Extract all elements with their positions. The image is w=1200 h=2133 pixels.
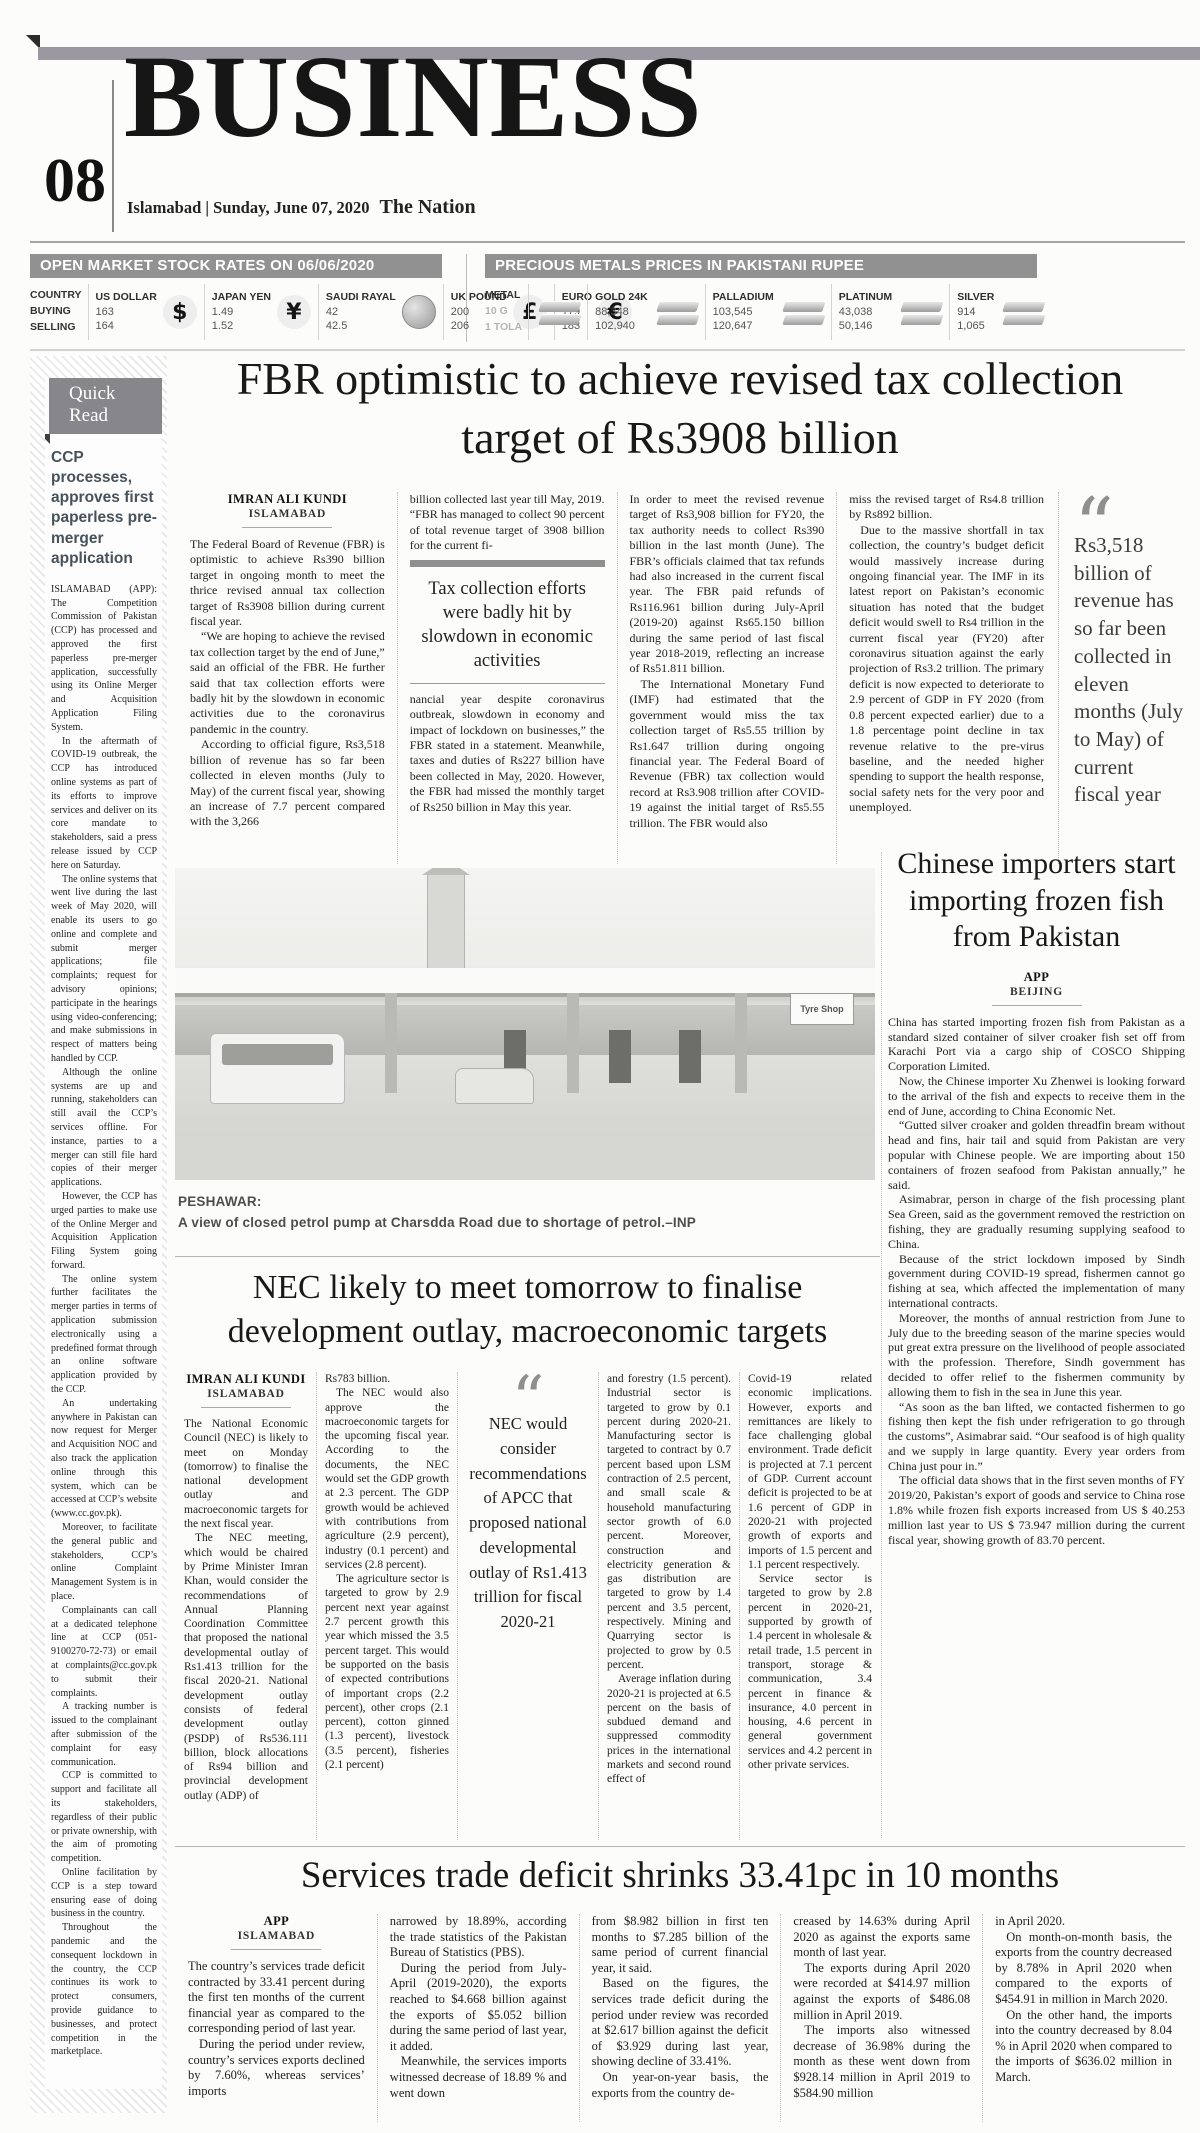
paragraph: The National Economic Council (NEC) is l… [184, 1417, 308, 1531]
pull-quote-text: Tax collection efforts were badly hit by… [410, 577, 605, 673]
pull-quote-bar [410, 560, 605, 567]
chinese-article-body: China has started importing frozen fish … [888, 1015, 1185, 1548]
nec-column-4: and forestry (1.5 percent). Industrial s… [598, 1372, 739, 1840]
fbr-column-4: miss the revised target of Rs4.8 trillio… [836, 492, 1056, 864]
services-headline: Services trade deficit shrinks 33.41pc i… [175, 1854, 1185, 1898]
metal-platinum: PLATINUM 43,038 50,146 [831, 284, 949, 340]
currency-us-dollar: US DOLLAR 163 164 $ [88, 284, 204, 340]
paragraph: Because of the strict lockdown imposed b… [888, 1252, 1185, 1311]
inline-pull-quote: Tax collection efforts were badly hit by… [410, 560, 605, 684]
paragraph: The NEC meeting, which would be chaired … [184, 1531, 308, 1803]
currency-saudi-rayal: SAUDI RAYAL 42 42.5 [318, 284, 443, 340]
paragraph: Moreover, the months of annual restricti… [888, 1311, 1185, 1400]
car [455, 1068, 534, 1104]
paragraph: The NEC would also approve the macroecon… [325, 1386, 449, 1572]
quick-read-headline: CCP processes, approves first paperless … [51, 448, 157, 569]
section-rule [175, 1256, 880, 1257]
paragraph: nancial year despite coronavirus outbrea… [410, 692, 605, 815]
metal-palladium: PALLADIUM 103,545 120,647 [705, 284, 831, 340]
nec-column-2: Rs783 billion.The NEC would also approve… [316, 1372, 457, 1840]
label-selling: SELLING [30, 320, 82, 336]
services-column-4: creased by 14.63% during April 2020 as a… [780, 1914, 982, 2122]
tyre-shop-sign: Tyre Shop [790, 993, 854, 1025]
gold-bars-icon [654, 299, 698, 325]
paragraph: billion collected last year till May, 20… [410, 492, 605, 554]
label-10g: 10 G [485, 304, 522, 320]
byline-author: APP [888, 970, 1185, 985]
silver-bars-icon [1000, 299, 1044, 325]
masthead-divider [112, 80, 114, 232]
paragraph: Now, the Chinese importer Xu Zhenwei is … [888, 1074, 1185, 1118]
paragraph: “We are hoping to achieve the revised ta… [190, 629, 385, 737]
silver-bar-icon [536, 299, 580, 325]
label-metal: METAL [485, 288, 522, 304]
paragraph: The Federal Board of Revenue (FBR) is op… [190, 537, 385, 629]
paragraph: An undertaking anywhere in Pakistan can … [51, 1397, 157, 1521]
paragraph: However, the CCP has urged parties to ma… [51, 1190, 157, 1273]
paragraph: Meanwhile, the services imports witnesse… [390, 2054, 567, 2101]
paragraph: Rs783 billion. [325, 1372, 449, 1386]
paragraph: from $8.982 billion in first ten months … [592, 1914, 769, 1976]
byline-rule [231, 1949, 321, 1950]
paragraph: The agriculture sector is targeted to gr… [325, 1572, 449, 1772]
quote-icon [1074, 492, 1184, 532]
paragraph: The online system further facilitates th… [51, 1273, 157, 1397]
services-column-1: APP ISLAMABAD The country’s services tra… [176, 1914, 377, 2122]
paragraph: Covid-19 related economic implications. … [748, 1372, 872, 1572]
services-column-5: in April 2020.On month-on-month basis, t… [982, 1914, 1184, 2122]
metal-row-labels: METAL 10 G 1 TOLA [485, 288, 528, 335]
paragraph: and forestry (1.5 percent). Industrial s… [607, 1372, 731, 1672]
paragraph: During the period from July-April (2019-… [390, 1961, 567, 2055]
paragraph: The International Monetary Fund (IMF) ha… [630, 677, 825, 831]
metal-prices-header: PRECIOUS METALS PRICES IN PAKISTANI RUPE… [485, 254, 1037, 278]
nec-article-body: IMRAN ALI KUNDI ISLAMABAD The National E… [176, 1372, 880, 1840]
nec-column-5: Covid-19 related economic implications. … [739, 1372, 880, 1840]
paragraph: Moreover, to facilitate the general publ… [51, 1521, 157, 1604]
byline-city: BEIJING [888, 986, 1185, 998]
label-buying: BUYING [30, 304, 82, 320]
paragraph: Complainants can call at a dedicated tel… [51, 1604, 157, 1701]
paragraph: The country’s services trade deficit con… [188, 1959, 365, 2037]
services-article-body: APP ISLAMABAD The country’s services tra… [176, 1914, 1184, 2122]
quick-read-body: ISLAMABAD (APP): The Competition Commiss… [51, 583, 157, 2059]
dateline: Islamabad | Sunday, June 07, 2020The Nat… [127, 196, 476, 219]
paragraph: Average inflation during 2020-21 is proj… [607, 1672, 731, 1786]
petrol-pump-photo: Tyre Shop [175, 868, 875, 1180]
paragraph: In order to meet the revised revenue tar… [630, 492, 825, 677]
stock-rates-row: COUNTRY BUYING SELLING US DOLLAR 163 164… [30, 284, 462, 340]
paragraph: Due to the massive shortfall in tax coll… [849, 523, 1044, 816]
dateline-text: Islamabad | Sunday, June 07, 2020 [127, 198, 370, 217]
paragraph: The exports during April 2020 were recor… [793, 1961, 970, 2023]
services-column-3: from $8.982 billion in first ten months … [579, 1914, 781, 2122]
paragraph: On month-on-month basis, the exports fro… [995, 1930, 1172, 2008]
fbr-column-3: In order to meet the revised revenue tar… [617, 492, 837, 864]
section-title: BUSINESS [124, 38, 703, 156]
byline: IMRAN ALI KUNDI ISLAMABAD [190, 492, 385, 528]
fbr-column-1: IMRAN ALI KUNDI ISLAMABAD The Federal Bo… [178, 492, 397, 864]
paragraph: “As soon as the ban lifted, we contacted… [888, 1400, 1185, 1474]
canopy [175, 968, 875, 997]
quote-icon [466, 1372, 590, 1412]
metal-gold: GOLD 24K 88,348 102,940 [587, 284, 705, 340]
byline-rule [992, 1005, 1082, 1006]
paragraph: Service sector is targeted to grow by 2.… [748, 1572, 872, 1772]
byline: IMRAN ALI KUNDI ISLAMABAD [184, 1372, 308, 1408]
paragraph: Although the online systems are up and r… [51, 1066, 157, 1190]
page-number: 08 [44, 150, 106, 212]
metal-prices-row: METAL 10 G 1 TOLA GOLD 24K 88,348 102,94… [485, 284, 1185, 340]
paragraph: miss the revised target of Rs4.8 trillio… [849, 492, 1044, 523]
fbr-article-body: IMRAN ALI KUNDI ISLAMABAD The Federal Bo… [178, 492, 1056, 864]
white-van [210, 1033, 345, 1104]
paragraph: Asimabrar, person in charge of the fish … [888, 1192, 1185, 1251]
byline-rule [201, 1407, 291, 1408]
yen-icon: ¥ [277, 295, 311, 329]
paragraph: China has started importing frozen fish … [888, 1015, 1185, 1074]
nec-pull-quote: NEC would consider recommendations of AP… [457, 1372, 598, 1840]
nec-headline: NEC likely to meet tomorrow to finalise … [175, 1266, 880, 1353]
paragraph: CCP is committed to support and facilita… [51, 1769, 157, 1866]
palladium-bars-icon [780, 299, 824, 325]
side-pull-quote-text: Rs3,518 billion of revenue has so far be… [1074, 532, 1184, 809]
platinum-bars-icon [898, 299, 942, 325]
services-column-2: narrowed by 18.89%, according the trade … [377, 1914, 579, 2122]
paragraph: During the period under review, country’… [188, 2037, 365, 2099]
byline-author: IMRAN ALI KUNDI [184, 1372, 308, 1387]
byline: APP ISLAMABAD [188, 1914, 365, 1950]
fuel-pump [679, 1030, 701, 1083]
fuel-pump [609, 1030, 631, 1083]
byline: APP BEIJING [888, 970, 1185, 1006]
dollar-icon: $ [163, 295, 197, 329]
byline-city: ISLAMABAD [184, 1388, 308, 1400]
quick-read-banner: Quick Read [49, 378, 162, 434]
metal-silver: SILVER 914 1,065 [949, 284, 1051, 340]
fbr-headline: FBR optimistic to achieve revised tax co… [180, 350, 1180, 468]
caption-location: PESHAWAR: [178, 1192, 870, 1213]
paragraph: On year-on-year basis, the exports from … [592, 2070, 769, 2101]
paragraph: The online systems that went live during… [51, 873, 157, 1066]
metal-icon-group [528, 284, 587, 340]
paragraph: Online facilitation by CCP is a step tow… [51, 1866, 157, 1921]
byline-city: ISLAMABAD [190, 508, 385, 520]
paragraph: “Gutted silver croaker and golden thread… [888, 1118, 1185, 1192]
masthead-rule [30, 241, 1185, 243]
paragraph: Based on the figures, the services trade… [592, 1976, 769, 2070]
paragraph: A tracking number is issued to the compl… [51, 1700, 157, 1769]
paragraph: In the aftermath of COVID-19 outbreak, t… [51, 735, 157, 873]
pull-quote-rule [410, 683, 605, 684]
paragraph: The official data shows that in the firs… [888, 1473, 1185, 1547]
clock-tower [427, 874, 465, 982]
byline-author: APP [188, 1914, 365, 1929]
chinese-article: Chinese importers start importing frozen… [888, 846, 1185, 1840]
paragraph: creased by 14.63% during April 2020 as a… [793, 1914, 970, 1961]
nec-column-1: IMRAN ALI KUNDI ISLAMABAD The National E… [176, 1372, 316, 1840]
column-separator [881, 852, 882, 1838]
byline-author: IMRAN ALI KUNDI [190, 492, 385, 507]
paper-name: The Nation [380, 196, 476, 218]
paragraph: On the other hand, the imports into the … [995, 2008, 1172, 2086]
byline-rule [242, 527, 332, 528]
chinese-headline: Chinese importers start importing frozen… [888, 846, 1185, 956]
fbr-column-2: billion collected last year till May, 20… [397, 492, 617, 864]
side-pull-quote: Rs3,518 billion of revenue has so far be… [1058, 492, 1184, 864]
currency-japan-yen: JAPAN YEN 1.49 1.52 ¥ [204, 284, 318, 340]
caption-text: A view of closed petrol pump at Charsdda… [178, 1213, 870, 1234]
newspaper-page: 08 BUSINESS Islamabad | Sunday, June 07,… [0, 0, 1200, 2133]
paragraph: narrowed by 18.89%, according the trade … [390, 1914, 567, 1961]
road [175, 1136, 875, 1180]
paragraph: Throughout the pandemic and the conseque… [51, 1921, 157, 2059]
byline-city: ISLAMABAD [188, 1930, 365, 1942]
quick-read-sidebar: Quick Read CCP processes, approves first… [30, 356, 167, 2113]
coin-icon [402, 295, 436, 329]
photo-caption: PESHAWAR: A view of closed petrol pump a… [178, 1192, 870, 1234]
label-country: COUNTRY [30, 288, 82, 304]
label-1tola: 1 TOLA [485, 320, 522, 336]
stock-rates-header: OPEN MARKET STOCK RATES ON 06/06/2020 [30, 254, 442, 278]
rates-row-labels: COUNTRY BUYING SELLING [30, 288, 88, 335]
nec-pull-quote-text: NEC would consider recommendations of AP… [466, 1412, 590, 1635]
paragraph: According to official figure, Rs3,518 bi… [190, 737, 385, 829]
paragraph: The imports also witnessed decrease of 3… [793, 2023, 970, 2101]
paragraph: in April 2020. [995, 1914, 1172, 1930]
paragraph: ISLAMABAD (APP): The Competition Commiss… [51, 583, 157, 735]
section-rule [175, 1846, 1185, 1847]
